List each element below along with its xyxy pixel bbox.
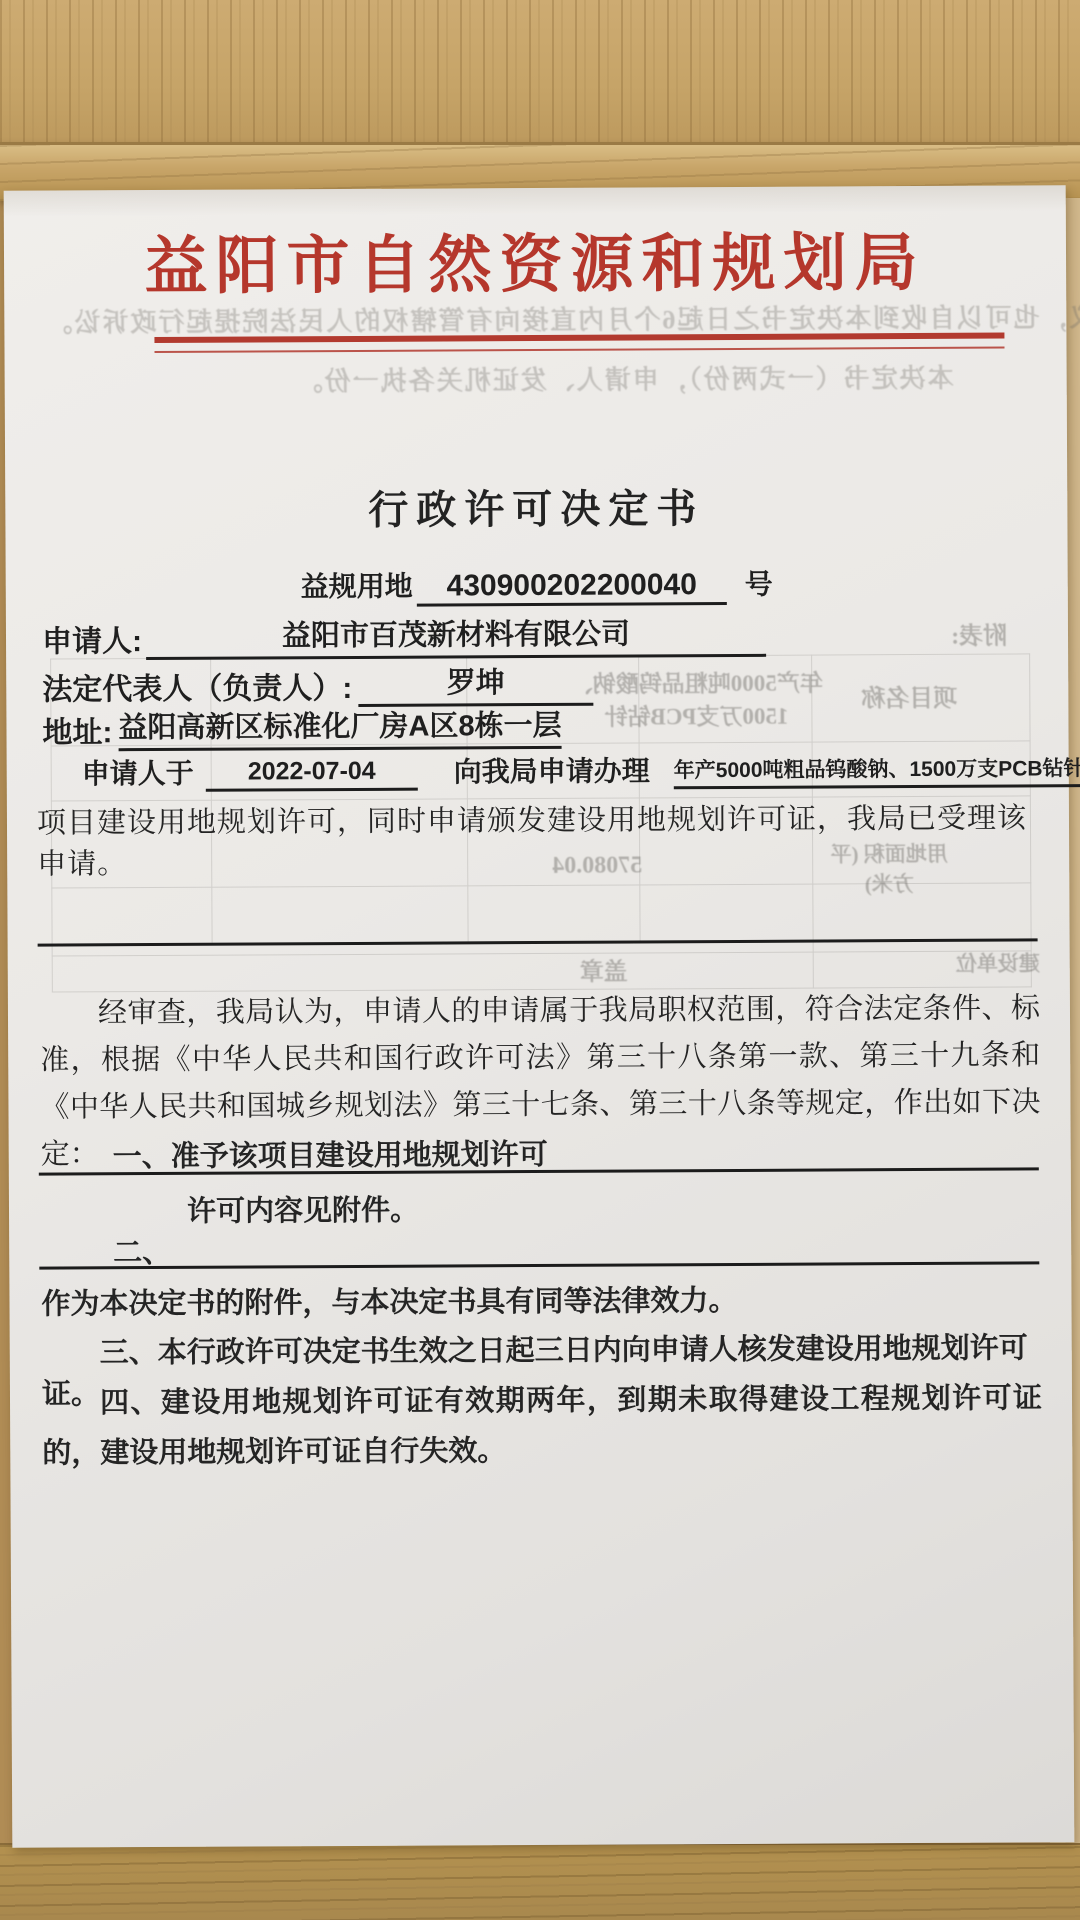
decision-item-4: 四、建设用地规划许可证有效期两年，到期未取得建设工程规划许可证的，建设用地规划许… bbox=[42, 1373, 1043, 1478]
wood-background-top bbox=[0, 0, 1080, 142]
legal-rep-value: 罗坤 bbox=[358, 660, 593, 707]
wood-background-bottom bbox=[0, 1843, 1080, 1920]
document-number-value: 430900202200040 bbox=[417, 568, 727, 607]
document-number-suffix: 号 bbox=[745, 569, 773, 600]
application-project-name: 年产5000吨粗品钨酸钠、1500万支PCB钻针 bbox=[674, 752, 1080, 789]
application-prefix: 申请人于 bbox=[82, 752, 194, 793]
decision-item-1: 一、准予该项目建设用地规划许可 bbox=[113, 1132, 548, 1175]
address-label: 地址: bbox=[42, 707, 112, 751]
paper-document: 议，也可以自收到本决定书之日起6个月内直接向有管辖权的人民法院提起行政诉讼。 本… bbox=[4, 185, 1075, 1848]
bleedthrough-seal-label: 盖章 bbox=[580, 952, 628, 987]
applicant-label: 申请人: bbox=[42, 616, 142, 661]
document-number-prefix: 益规用地 bbox=[301, 571, 413, 603]
document-title: 行政许可决定书 bbox=[5, 475, 1067, 538]
application-middle-label: 向我局申请办理 bbox=[454, 749, 650, 790]
agency-letterhead-title: 益阳市自然资源和规划局 bbox=[4, 211, 1066, 308]
decision-1-note: 许可内容见附件。 bbox=[187, 1188, 419, 1230]
application-date: 2022-07-04 bbox=[206, 757, 418, 792]
legal-rep-label: 法定代表人（负责人）: bbox=[42, 663, 352, 709]
blank-rule-3 bbox=[39, 1261, 1039, 1269]
applicant-row: 申请人: 益阳市百茂新材料有限公司 bbox=[42, 609, 1038, 660]
decision-2-note: 作为本决定书的附件，与本决定书具有同等法律效力。 bbox=[41, 1278, 737, 1323]
document-number-line: 益规用地 430900202200040 号 bbox=[6, 561, 1068, 609]
bleedthrough-line-2: 本决定书（一式两份），申请人、发证机关各执一份。 bbox=[295, 358, 954, 398]
application-continuation: 项目建设用地规划许可，同时申请颁发建设用地规划许可证，我局已受理该申请。 bbox=[37, 795, 1042, 882]
blank-rule-1 bbox=[38, 938, 1038, 946]
bleedthrough-unit-label: 建设单位 bbox=[956, 947, 1040, 977]
applicant-value: 益阳市百茂新材料有限公司 bbox=[146, 611, 766, 660]
address-row: 地址: 益阳高新区标准化厂房A区8栋一层 bbox=[42, 700, 1038, 751]
letterhead-rule-thin bbox=[155, 347, 1005, 353]
application-row: 申请人于 2022-07-04 向我局申请办理 年产5000吨粗品钨酸钠、150… bbox=[82, 747, 1032, 792]
address-value: 益阳高新区标准化厂房A区8栋一层 bbox=[118, 703, 561, 751]
